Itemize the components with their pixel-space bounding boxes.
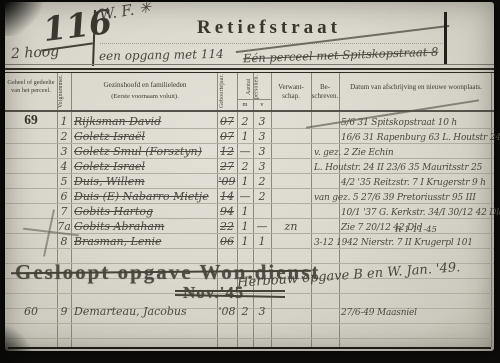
- col-header-aantal-personen: Aantal personen.: [246, 74, 258, 99]
- count-m: 1: [237, 205, 253, 218]
- move-date: 5/6 31 Spitskopstraat 10 h: [339, 118, 494, 128]
- col-header-verwantschap: Verwant- schap.: [271, 83, 311, 101]
- table-header-row: Geheel of gedeelte van het perceel. Volg…: [5, 73, 494, 110]
- street-name: Retiefstraat: [197, 17, 341, 39]
- count-m: 2: [237, 115, 253, 128]
- move-date: v. gez. 2 Zie Echin: [312, 148, 467, 158]
- register-table: Geheel of gedeelte van het perceel. Volg…: [5, 73, 494, 347]
- col-header-v: v: [253, 101, 271, 109]
- count-v: 3: [253, 305, 271, 318]
- move-date: 27/6-49 Maasniel: [339, 308, 494, 318]
- col-header-beschreven: Be- schreven.: [311, 83, 339, 101]
- count-m: 2: [237, 305, 253, 318]
- pen-tick-mark: [444, 12, 447, 64]
- move-date: L. Houtstr. 24 II 23/6 35 Mauritsstr 25: [312, 163, 467, 173]
- col-header-geboortejaar: Geboortejaar.: [219, 75, 231, 108]
- table-row: 69 1 Rijksman David 07 2 3 5/6 31 Spitsk…: [5, 113, 494, 128]
- resident-name: Duis (E) Nabarro Mietje: [71, 190, 217, 203]
- verwantschap: zn: [271, 220, 311, 233]
- resident-name: Goletz Israel: [71, 160, 217, 173]
- birth-year: 12: [217, 145, 237, 158]
- volgnummer: 1: [57, 115, 71, 128]
- count-v: 3: [253, 160, 271, 173]
- count-m: 1: [237, 175, 253, 188]
- stamp-strike-line: [175, 290, 285, 292]
- volgnummer: 7: [57, 205, 71, 218]
- resident-name: Rijksman David: [71, 115, 217, 128]
- col-header-voornaam: (Eerste voornaam voluit).: [73, 93, 217, 102]
- count-v: 2: [253, 175, 271, 188]
- date-annotation: R 1-11-45: [395, 225, 437, 235]
- card-bottom-edge: [8, 347, 491, 350]
- count-v: 2: [253, 190, 271, 203]
- resident-name: Gobits Hartog: [71, 205, 217, 218]
- birth-year: 07: [217, 115, 237, 128]
- volgnummer: 4: [57, 160, 71, 173]
- count-v: 3: [253, 145, 271, 158]
- volgnummer: 5: [57, 175, 71, 188]
- birth-year: 14: [217, 190, 237, 203]
- move-date: van gez. 5 27/6 39 Pretoriusstr 95 III: [312, 193, 467, 203]
- header-rule-bold: [5, 68, 494, 70]
- count-m: 1: [237, 235, 253, 248]
- header-rule-thin: [5, 64, 494, 65]
- birth-year: 07: [217, 130, 237, 143]
- volgnummer: 2: [57, 130, 71, 143]
- row-rule: [5, 293, 494, 294]
- birth-year: 27: [217, 160, 237, 173]
- count-v: 3: [253, 115, 271, 128]
- table-row: 2 Goletz Israël 07 1 3 16/6 31 Rapenburg…: [5, 128, 494, 143]
- move-date: 10/1 '37 G. Kerkstr. 34/I 30/12 42 Dld: [339, 208, 494, 218]
- birth-year: 22: [217, 220, 237, 233]
- table-row: 5 Duis, Willem '09 1 2 4/2 '35 Reitzstr.…: [5, 173, 494, 188]
- move-date: 3-12 1942 Nierstr. 7 II Krugerpl 101: [312, 238, 467, 248]
- resident-name: Brasman, Lenie: [71, 235, 217, 248]
- resident-name: Duis, Willem: [71, 175, 217, 188]
- count-m: —: [237, 145, 253, 158]
- col-header-m: m: [237, 101, 253, 109]
- table-row: 7 Gobits Hartog 94 1 10/1 '37 G. Kerkstr…: [5, 203, 494, 218]
- table-row: 3 Goletz Smul (Forsztyn) 12 — 3 v. gez. …: [5, 143, 494, 158]
- stamp-text-2: Nov.'45: [183, 283, 244, 302]
- resident-name: Demarteau, Jacobus: [71, 305, 217, 318]
- count-v: 1: [253, 235, 271, 248]
- count-v: —: [253, 220, 271, 233]
- volgnummer: 8: [57, 235, 71, 248]
- count-m: 1: [237, 130, 253, 143]
- demolished-stamp-line2: Nov.'45: [183, 283, 244, 303]
- scanned-register-card-photo: { "colors": { "paper": "#dad7cd", "print…: [0, 0, 500, 363]
- count-m: —: [237, 190, 253, 203]
- resident-name: Goletz Israël: [71, 130, 217, 143]
- count-m: 2: [237, 160, 253, 173]
- resident-name: Goletz Smul (Forsztyn): [71, 145, 217, 158]
- col-header-volgnummer: Volgnummer.: [58, 75, 70, 108]
- register-card-paper: 116 W. F. ✳ Retiefstraat 2 hoog een opga…: [5, 2, 494, 351]
- perceel-number: 69: [5, 112, 57, 128]
- birth-year: '08: [217, 305, 237, 318]
- street-dotted-line: [100, 43, 445, 44]
- col-header-datum: Datum van afschrijving en nieuwe woonpla…: [341, 83, 491, 92]
- birth-year: '09: [217, 175, 237, 188]
- header-bottom-rule: [5, 110, 494, 112]
- row-rule: [5, 248, 494, 249]
- row-rule: [5, 338, 494, 339]
- mv-divider-line: [237, 99, 271, 100]
- count-m: 1: [237, 220, 253, 233]
- perceel-number: 60: [5, 305, 57, 318]
- entrance-note: een opgang met 114: [99, 47, 224, 63]
- col-header-perceel: Geheel of gedeelte van het perceel.: [7, 79, 55, 95]
- row-rule: [5, 323, 494, 324]
- table-row: 4 Goletz Israel 27 2 3 L. Houtstr. 24 II…: [5, 158, 494, 173]
- birth-year: 06: [217, 235, 237, 248]
- resident-name: Gobits Abraham: [71, 220, 217, 233]
- move-date: 4/2 '35 Reitzstr. 7 I Krugerstr 9 h: [339, 178, 494, 188]
- birth-year: 94: [217, 205, 237, 218]
- volgnummer: 3: [57, 145, 71, 158]
- volgnummer: 6: [57, 190, 71, 203]
- table-row: 6 Duis (E) Nabarro Mietje 14 — 2 van gez…: [5, 188, 494, 203]
- count-v: 3: [253, 130, 271, 143]
- move-date: 16/6 31 Rapenburg 63 L. Houtstr 24 II: [339, 133, 494, 143]
- floor-note: 2 hoog: [11, 44, 60, 63]
- table-row: 60 9 Demarteau, Jacobus '08 2 3 27/6-49 …: [5, 301, 494, 318]
- col-header-gezinshoofd: Gezinshoofd en familieleden: [73, 81, 217, 90]
- volgnummer: 9: [57, 305, 71, 318]
